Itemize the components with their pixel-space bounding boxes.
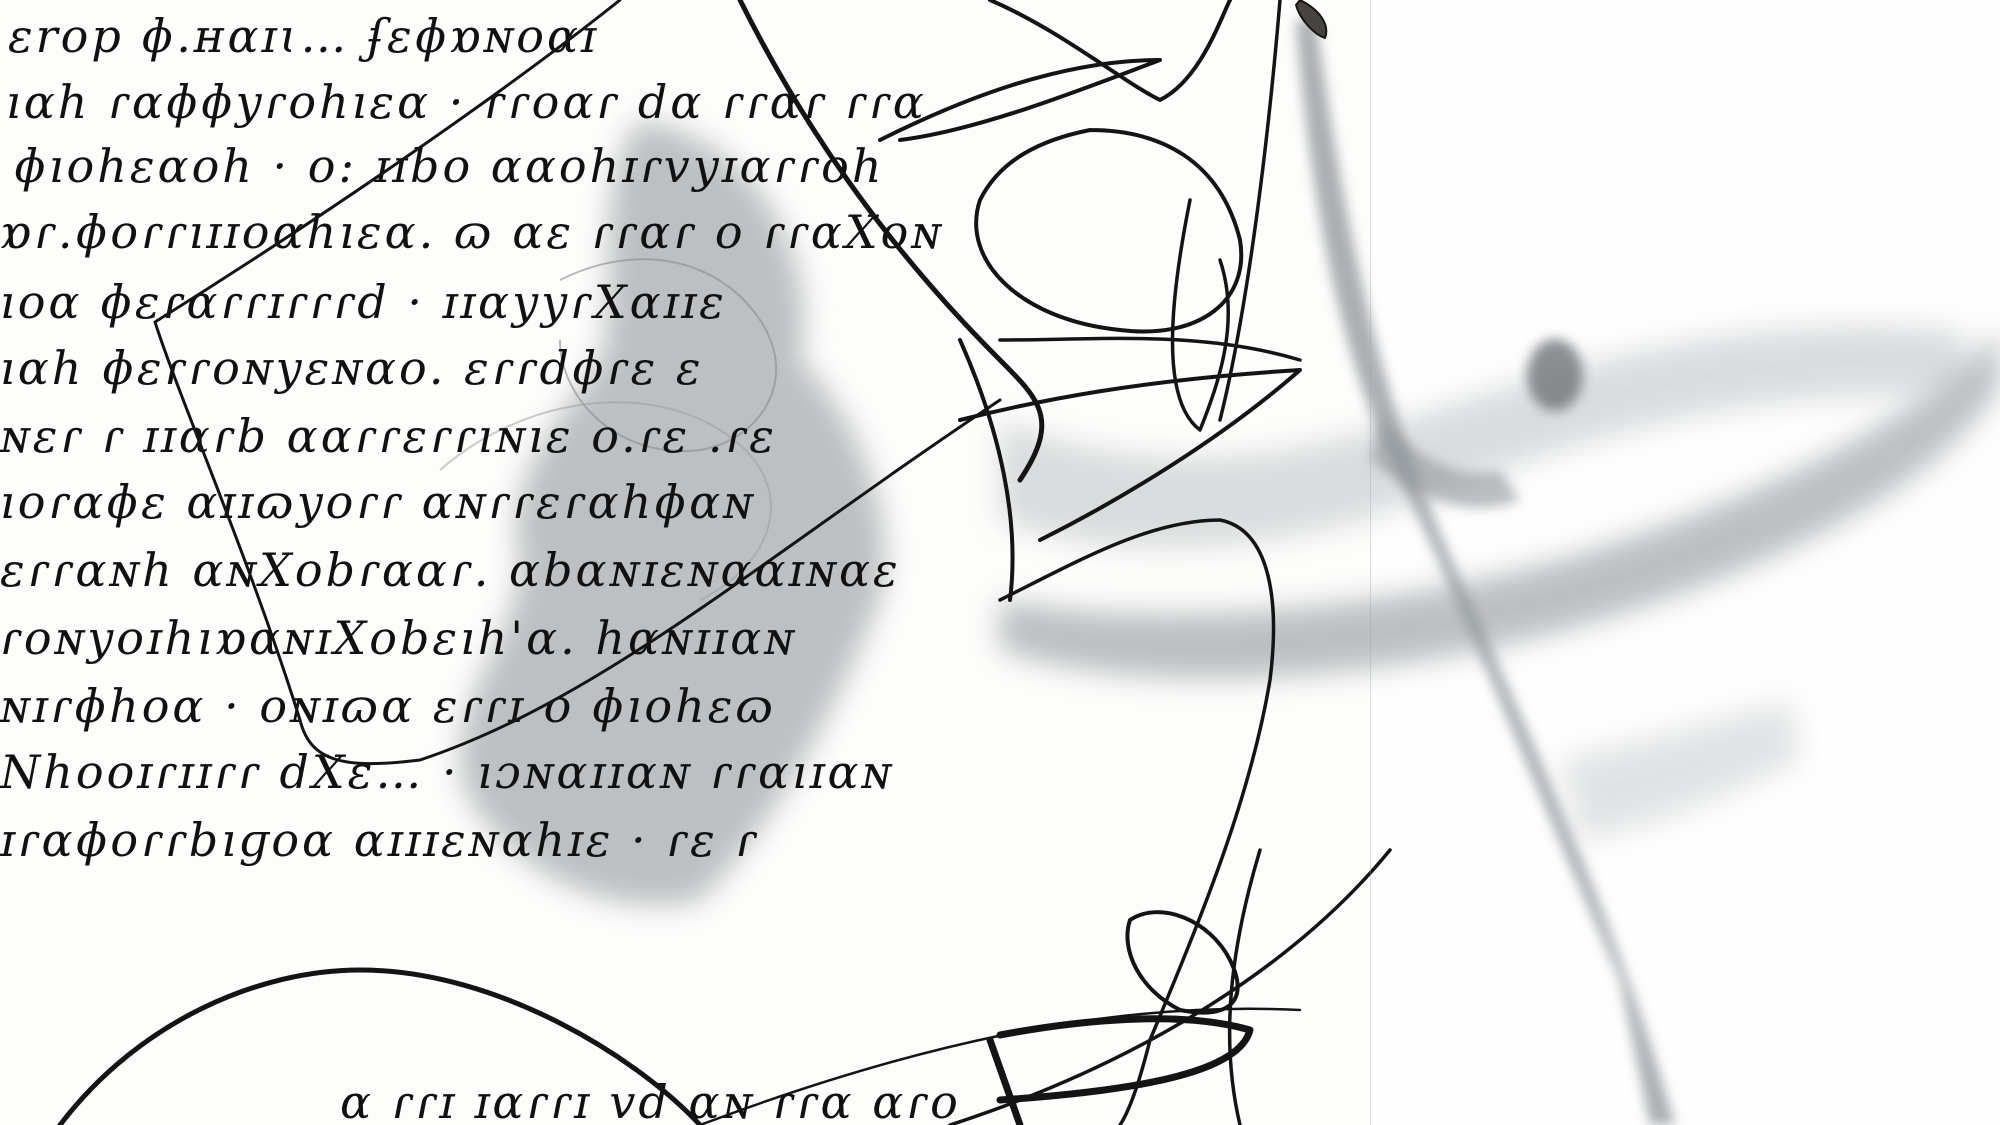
asemic-artwork: ɛrop ɸ.ʜɑɪɩ… ʄɛɸɒɴoɑɪ ıɑh ɾɑɸɸyɾohıɛɑ · … xyxy=(0,0,2000,1125)
artwork-canvas: ɛrop ɸ.ʜɑɪɩ… ʄɛɸɒɴoɑɪ ıɑh ɾɑɸɸyɾohıɛɑ · … xyxy=(0,0,2000,1125)
script-line: ɛrop ɸ.ʜɑɪɩ… ʄɛɸɒɴoɑɪ xyxy=(8,9,599,63)
ink-wash-lower-right xyxy=(1560,700,1800,840)
asemic-script-layer: ɛrop ɸ.ʜɑɪɩ… ʄɛɸɒɴoɑɪ ıɑh ɾɑɸɸyɾohıɛɑ · … xyxy=(0,9,961,1125)
script-line: Nhooɪɾɪɪɾɾ dXɛ… · ıɔɴɑɪɪɑɴ ɾɾɑıɪɑɴ xyxy=(0,745,894,799)
script-line: ɒɾ.ɸoɾɾıɪɪoɑhıɛɑ. ɷ ɑɛ ɾɾɑɾ o ɾɾɑXoɴ xyxy=(0,205,944,259)
script-line: ɸıohɛɑoh · o: ɪɪbo ɑɑohɪɾvyɪɑɾɾoh xyxy=(14,139,885,193)
script-line: ıɑh ɸɛɾɾoɴyɛɴɑo. ɛɾɾdɸɾɛ ɛ xyxy=(0,341,704,395)
script-line: ɪɾɑɸoɾɾbıɡoɑ ɑɪɪɪɛɴɑhɪɛ · ɾɛ ɾ xyxy=(0,813,759,867)
stroke-upper-scribble xyxy=(880,0,1230,140)
script-line: ɾoɴyoɪhıɒɑɴɪXobɛıh'ɑ. hɑɴɪɪɑɴ xyxy=(0,611,797,665)
ink-wash-dot xyxy=(1527,339,1583,411)
script-line: ɴɪɾɸhoɑ · oɴɪɷɑ ɛɾɾɪ o ɸıohɛɷ xyxy=(0,679,776,733)
paper-fold-line xyxy=(1370,0,1371,1125)
stroke-upper-loop xyxy=(976,130,1241,332)
script-line: ɴɛɾ ɾ ɪɪɑɾb ɑɑɾɾɛɾɾıɴıɛ o.ɾɛ .ɾɛ xyxy=(0,409,777,463)
script-line: ɛɾɾɑɴh ɑɴXobɾɑɑɾ. ɑbɑɴɪɛɴɑɑɪɴɑɛ xyxy=(0,543,901,597)
script-line: ıoɑ ɸɛɾɑɾɾɪɾɾɾd · ɪɪɑyyɾXɑɪɪɛ xyxy=(0,275,727,329)
script-line: ıoɾɑɸɛ ɑɪɪɷyoɾɾ ɑɴɾɾɛɾɑhɸɑɴ xyxy=(0,475,756,529)
script-line: ıɑh ɾɑɸɸyɾohıɛɑ · ɾɾoɑɾ dɑ ɾɾɑɾ ɾɾɑ xyxy=(6,75,927,129)
stroke-lower-thick xyxy=(990,1019,1250,1125)
